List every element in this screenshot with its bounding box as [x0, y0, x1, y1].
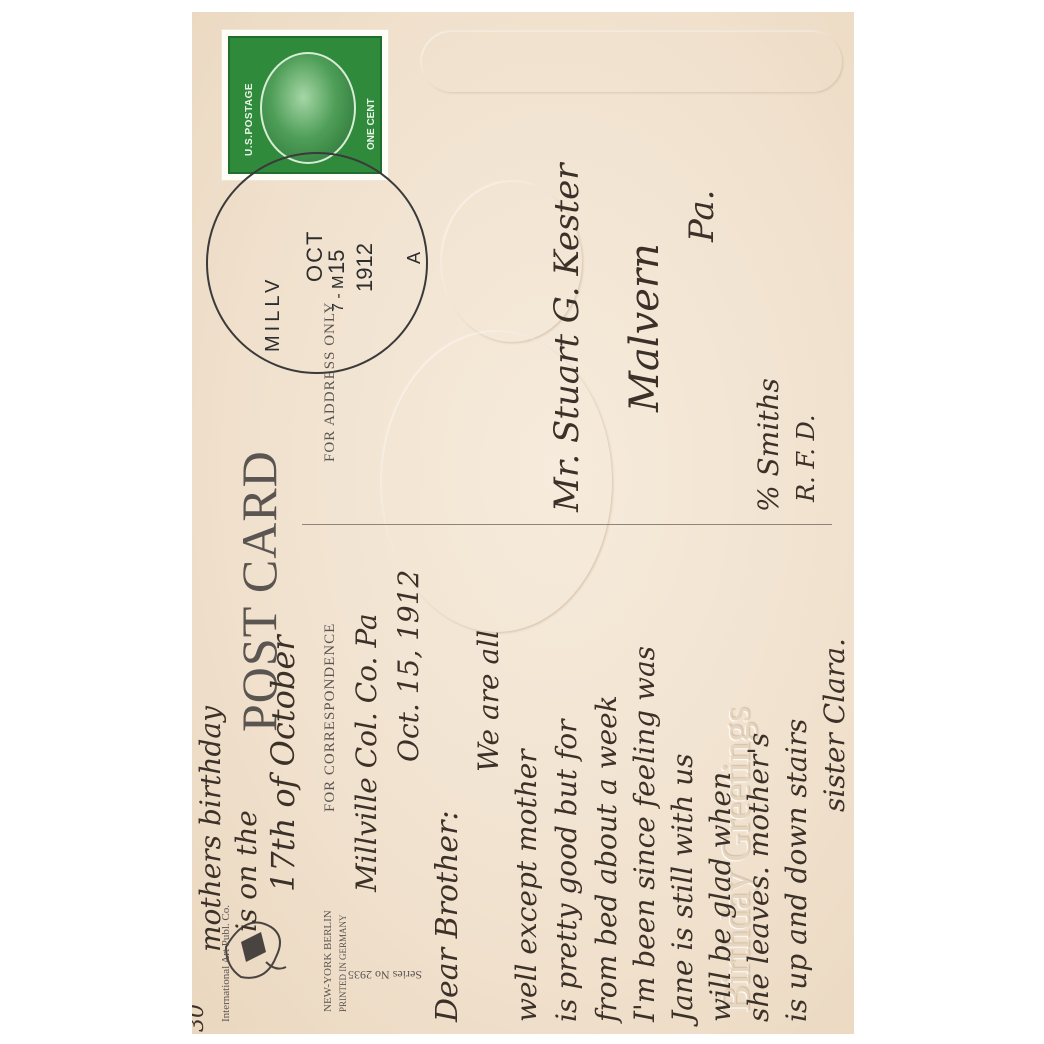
- address-care-of: % Smiths: [752, 378, 785, 512]
- message-line: is pretty good but for: [550, 719, 583, 1022]
- address-divider: [302, 524, 832, 525]
- series-number: Series No 2935: [348, 967, 422, 982]
- printed-in: PRINTED IN GERMANY: [338, 915, 348, 1013]
- side-note-line-1: mothers birthday: [194, 706, 227, 952]
- side-note-line-2: is on the: [230, 810, 263, 932]
- address-state: Pa.: [682, 190, 722, 242]
- message-line: from bed about a week: [590, 695, 623, 1022]
- publisher-cities: NEW-YORK BERLIN: [322, 910, 334, 1012]
- correspondence-label: FOR CORRESPONDENCE: [322, 623, 339, 812]
- postmark-year: 1912: [352, 243, 378, 292]
- message-line: I'm been since feeling was: [628, 646, 661, 1022]
- stamp-right-text: ONE CENT: [366, 98, 377, 150]
- postcard: Birthday Greetings U.S.POSTAGE ONE CENT …: [192, 12, 854, 1034]
- message-line: sister Clara.: [818, 638, 851, 812]
- address-name: Mr. Stuart G. Kester: [547, 164, 587, 512]
- washington-portrait-icon: [260, 52, 356, 164]
- address-label: FOR ADDRESS ONLY: [322, 302, 339, 462]
- message-place: Millville Col. Co. Pa: [350, 613, 383, 892]
- message-line: well except mother: [510, 749, 543, 1022]
- postmark-day: 15: [324, 250, 350, 274]
- postmark-town: MILLV: [262, 276, 285, 352]
- address-town: Malvern: [622, 243, 668, 412]
- message-greeting: Dear Brother:: [430, 810, 465, 1022]
- message-date: Oct. 15, 1912: [392, 570, 425, 762]
- postmark-letter: A: [404, 252, 425, 264]
- message-line: she leaves. mother's: [742, 733, 775, 1022]
- side-note-line-3: 17th of October: [264, 635, 302, 892]
- message-line: Jane is still with us: [666, 753, 699, 1022]
- side-note-number: 30: [192, 1004, 209, 1032]
- stamp-left-text: U.S.POSTAGE: [244, 83, 255, 156]
- address-rfd: R. F. D.: [792, 414, 820, 502]
- message-line: is up and down stairs: [780, 719, 813, 1022]
- embossed-chain: [422, 32, 842, 92]
- message-line: We are all: [472, 630, 505, 772]
- message-line: will be glad when: [704, 772, 737, 1022]
